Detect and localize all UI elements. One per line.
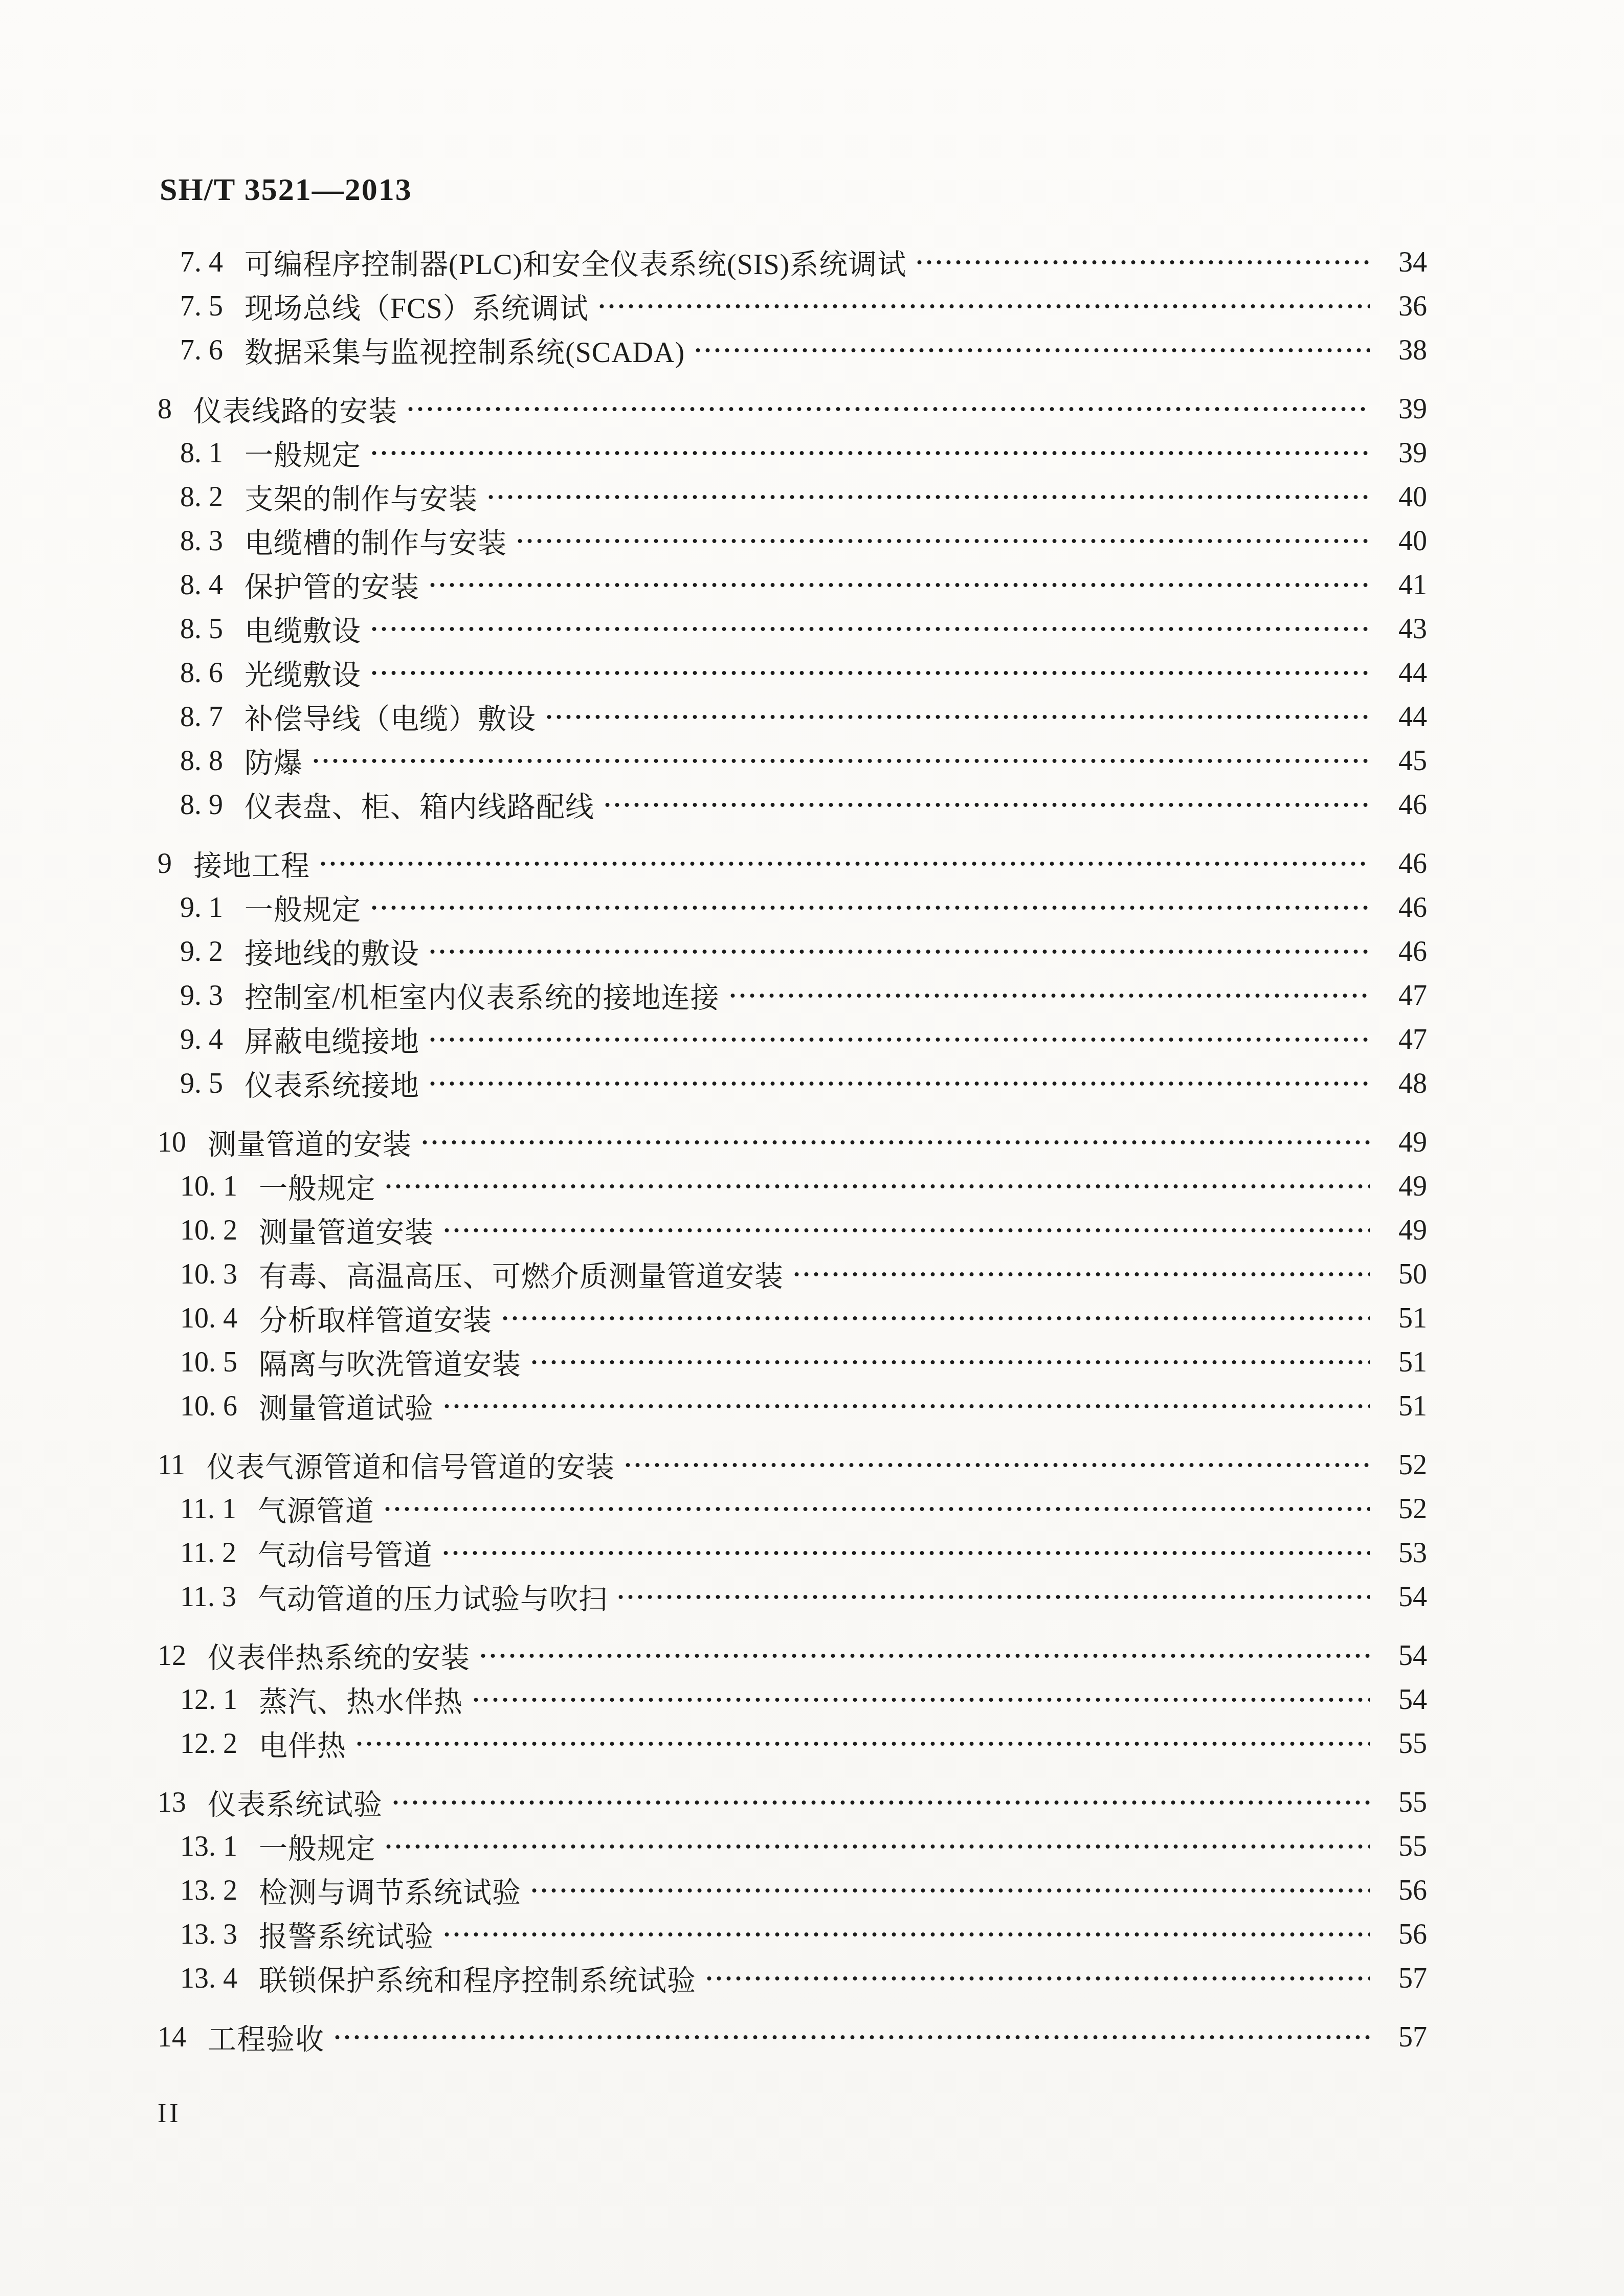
toc-entry-title: 蒸汽、热水伴热 (259, 1679, 463, 1720)
toc-entry-title: 测量管道安装 (259, 1210, 434, 1251)
toc-entry-number: 12 (158, 1639, 186, 1672)
dot-leader (616, 1575, 1370, 1619)
dot-leader (915, 240, 1370, 284)
dot-leader (529, 1340, 1370, 1384)
toc-entry: 9. 5 仪表系统接地 48 (0, 1062, 1427, 1106)
dot-leader (441, 1531, 1370, 1575)
toc-entry-number: 8. 2 (180, 481, 223, 513)
toc-entry-page-number: 48 (1372, 1067, 1427, 1100)
toc-entry-title: 工程验收 (208, 2017, 324, 2058)
toc-entry: 9. 1 一般规定 46 (0, 886, 1427, 930)
document-page: SH/T 3521—2013 7. 4 可编程序控制器(PLC)和安全仪表系统(… (0, 0, 1624, 2296)
dot-leader (391, 1781, 1370, 1825)
toc-entry-number: 8. 8 (180, 745, 223, 777)
toc-entry-number: 7. 6 (180, 334, 223, 367)
toc-entry-number: 13 (158, 1786, 186, 1819)
toc-entry-number: 13. 2 (180, 1874, 237, 1907)
toc-entry-number: 10. 5 (180, 1346, 237, 1379)
dot-leader (623, 1443, 1370, 1487)
toc-entry-title: 一般规定 (244, 887, 361, 928)
dot-leader (500, 1296, 1370, 1340)
toc-entry: 13. 3 报警系统试验 56 (0, 1912, 1427, 1956)
dot-leader (704, 1956, 1370, 2000)
toc-entry-page-number: 46 (1372, 847, 1427, 880)
toc-entry-page-number: 40 (1372, 481, 1427, 513)
toc-entry-title: 保护管的安装 (244, 565, 419, 605)
dot-leader (597, 284, 1370, 328)
toc-entry-number: 10. 1 (180, 1170, 237, 1203)
toc-entry-title: 电缆敷设 (244, 609, 361, 649)
toc-entry: 13. 1 一般规定 55 (0, 1825, 1427, 1869)
toc-entry-title: 电缆槽的制作与安装 (244, 521, 507, 561)
toc-entry-title: 防爆 (244, 740, 303, 781)
toc-entry: 11 仪表气源管道和信号管道的安装 52 (0, 1443, 1427, 1487)
dot-leader (369, 886, 1370, 930)
toc-entry-page-number: 49 (1372, 1126, 1427, 1159)
toc-entry-title: 现场总线（FCS）系统调试 (244, 286, 589, 327)
toc-entry-number: 10 (158, 1126, 186, 1159)
page-number-footer: II (158, 2099, 182, 2129)
toc-entry-number: 13. 3 (180, 1918, 237, 1951)
dot-leader (428, 1018, 1370, 1062)
toc-entry-number: 8 (158, 393, 172, 425)
toc-entry: 8. 2 支架的制作与安装 40 (0, 475, 1427, 519)
toc-entry-number: 13. 4 (180, 1962, 237, 1995)
toc-entry-title: 一般规定 (259, 1826, 375, 1867)
toc-entry-page-number: 49 (1372, 1214, 1427, 1247)
toc-entry: 10. 5 隔离与吹洗管道安装 51 (0, 1340, 1427, 1384)
toc-entry: 8. 3 电缆槽的制作与安装 40 (0, 519, 1427, 563)
dot-leader (332, 2015, 1370, 2059)
toc-entry-page-number: 52 (1372, 1449, 1427, 1481)
toc-entry-number: 7. 5 (180, 290, 223, 323)
dot-leader (369, 651, 1370, 695)
toc-entry-number: 9. 3 (180, 979, 223, 1012)
toc-entry-number: 9 (158, 847, 172, 880)
toc-entry-title: 有毒、高温高压、可燃介质测量管道安装 (259, 1254, 784, 1295)
toc-entry: 8 仪表线路的安装 39 (0, 387, 1427, 431)
toc-entry-page-number: 45 (1372, 745, 1427, 777)
toc-entry-page-number: 43 (1372, 613, 1427, 645)
toc-entry: 8. 8 防爆 45 (0, 739, 1427, 783)
toc-entry: 12. 1 蒸汽、热水伴热 54 (0, 1678, 1427, 1722)
toc-entry-page-number: 50 (1372, 1258, 1427, 1291)
toc-entry: 7. 4 可编程序控制器(PLC)和安全仪表系统(SIS)系统调试 34 (0, 240, 1427, 284)
toc-entry-page-number: 52 (1372, 1493, 1427, 1525)
toc-entry-number: 11. 1 (180, 1493, 236, 1525)
toc-entry-title: 隔离与吹洗管道安装 (259, 1342, 521, 1383)
dot-leader (384, 1825, 1370, 1869)
toc-entry-number: 10. 6 (180, 1390, 237, 1423)
toc-entry-page-number: 55 (1372, 1727, 1427, 1760)
toc-entry-title: 仪表线路的安装 (193, 389, 397, 430)
toc-entry-page-number: 51 (1372, 1346, 1427, 1379)
toc-entry: 10. 6 测量管道试验 51 (0, 1384, 1427, 1428)
dot-leader (603, 783, 1370, 827)
toc-entry-page-number: 46 (1372, 891, 1427, 924)
toc-entry-page-number: 46 (1372, 935, 1427, 968)
dot-leader (442, 1912, 1370, 1956)
dot-leader (369, 431, 1370, 475)
toc-entry-number: 9. 5 (180, 1067, 223, 1100)
toc-entry: 9. 3 控制室/机柜室内仪表系统的接地连接 47 (0, 974, 1427, 1018)
toc-entry-title: 气源管道 (258, 1489, 374, 1529)
dot-leader (486, 475, 1370, 519)
toc-entry-number: 14 (158, 2021, 186, 2054)
toc-entry-number: 9. 1 (180, 891, 223, 924)
toc-entry-number: 8. 5 (180, 613, 223, 645)
dot-leader (442, 1208, 1370, 1252)
toc-entry: 12 仪表伴热系统的安装 54 (0, 1634, 1427, 1678)
toc-entry-number: 8. 6 (180, 657, 223, 689)
toc-entry-page-number: 57 (1372, 2021, 1427, 2054)
toc-entry-number: 8. 7 (180, 701, 223, 733)
dot-leader (311, 739, 1370, 783)
toc-entry-title: 一般规定 (244, 433, 361, 474)
toc-entry-page-number: 34 (1372, 246, 1427, 279)
toc-entry-title: 仪表盘、柜、箱内线路配线 (244, 784, 594, 825)
toc-entry: 8. 4 保护管的安装 41 (0, 563, 1427, 607)
toc-entry-number: 9. 2 (180, 935, 223, 968)
toc-entry-title: 控制室/机柜室内仪表系统的接地连接 (244, 975, 720, 1016)
dot-leader (384, 1164, 1370, 1208)
toc-entry-title: 数据采集与监视控制系统(SCADA) (244, 330, 685, 371)
dot-leader (428, 563, 1370, 607)
toc-entry-number: 11. 3 (180, 1581, 236, 1613)
toc-entry-page-number: 55 (1372, 1786, 1427, 1819)
toc-entry-page-number: 55 (1372, 1830, 1427, 1863)
toc-entry-title: 补偿导线（电缆）敷设 (244, 696, 536, 737)
toc-entry-page-number: 54 (1372, 1683, 1427, 1716)
dot-leader (792, 1252, 1370, 1296)
toc-entry: 11. 1 气源管道 52 (0, 1487, 1427, 1531)
dot-leader (406, 387, 1370, 431)
toc-entry-title: 联锁保护系统和程序控制系统试验 (259, 1958, 696, 1999)
toc-entry-page-number: 49 (1372, 1170, 1427, 1203)
toc-entry-number: 9. 4 (180, 1023, 223, 1056)
toc-entry: 12. 2 电伴热 55 (0, 1722, 1427, 1766)
toc-entry: 9. 4 屏蔽电缆接地 47 (0, 1018, 1427, 1062)
toc-entry-number: 13. 1 (180, 1830, 237, 1863)
toc-entry-number: 12. 2 (180, 1727, 237, 1760)
dot-leader (428, 1062, 1370, 1106)
toc-entry-page-number: 40 (1372, 525, 1427, 557)
toc-entry-title: 支架的制作与安装 (244, 477, 478, 517)
toc-entry-title: 气动管道的压力试验与吹扫 (258, 1577, 608, 1617)
toc-entry: 10. 4 分析取样管道安装 51 (0, 1296, 1427, 1340)
toc-entry-page-number: 56 (1372, 1874, 1427, 1907)
toc-entry-page-number: 51 (1372, 1390, 1427, 1423)
toc-entry-title: 气动信号管道 (258, 1533, 433, 1573)
toc-entry-page-number: 46 (1372, 789, 1427, 821)
toc-entry: 8. 1 一般规定 39 (0, 431, 1427, 475)
toc-entry-number: 11. 2 (180, 1537, 236, 1569)
toc-entry-number: 7. 4 (180, 246, 223, 279)
toc-entry-number: 8. 1 (180, 437, 223, 469)
dot-leader (515, 519, 1370, 563)
dot-leader (354, 1722, 1370, 1766)
toc-entry-title: 一般规定 (259, 1166, 375, 1207)
toc-entry-title: 分析取样管道安装 (259, 1298, 492, 1339)
dot-leader (442, 1384, 1370, 1428)
toc-entry-page-number: 44 (1372, 657, 1427, 689)
toc-entry: 13 仪表系统试验 55 (0, 1781, 1427, 1825)
toc-entry-title: 接地工程 (193, 843, 310, 884)
toc-entry-title: 可编程序控制器(PLC)和安全仪表系统(SIS)系统调试 (244, 242, 906, 283)
toc-entry: 10. 3 有毒、高温高压、可燃介质测量管道安装 50 (0, 1252, 1427, 1296)
toc-entry: 7. 5 现场总线（FCS）系统调试 36 (0, 284, 1427, 328)
dot-leader (471, 1678, 1370, 1722)
toc-entry-page-number: 56 (1372, 1918, 1427, 1951)
toc-entry: 8. 6 光缆敷设 44 (0, 651, 1427, 695)
toc-entry: 11. 2 气动信号管道 53 (0, 1531, 1427, 1575)
dot-leader (369, 607, 1370, 651)
toc-entry: 10 测量管道的安装 49 (0, 1120, 1427, 1164)
dot-leader (428, 930, 1370, 974)
dot-leader (383, 1487, 1370, 1531)
toc-entry-page-number: 38 (1372, 334, 1427, 367)
dot-leader (693, 328, 1370, 372)
toc-entry-page-number: 47 (1372, 979, 1427, 1012)
toc-entry-page-number: 39 (1372, 393, 1427, 425)
toc-entry: 14 工程验收 57 (0, 2015, 1427, 2059)
table-of-contents: 7. 4 可编程序控制器(PLC)和安全仪表系统(SIS)系统调试 34 7. … (0, 240, 1427, 2059)
toc-entry-title: 检测与调节系统试验 (259, 1870, 521, 1911)
toc-entry-page-number: 54 (1372, 1639, 1427, 1672)
dot-leader (478, 1634, 1370, 1678)
toc-entry: 8. 7 补偿导线（电缆）敷设 44 (0, 695, 1427, 739)
toc-entry-number: 8. 9 (180, 789, 223, 821)
toc-entry: 13. 2 检测与调节系统试验 56 (0, 1869, 1427, 1912)
toc-entry: 9 接地工程 46 (0, 842, 1427, 886)
toc-entry-title: 仪表气源管道和信号管道的安装 (207, 1445, 615, 1485)
toc-entry-page-number: 41 (1372, 569, 1427, 601)
toc-entry-title: 仪表系统试验 (208, 1782, 383, 1823)
toc-entry-number: 8. 4 (180, 569, 223, 601)
toc-entry-title: 接地线的敷设 (244, 931, 419, 972)
toc-entry-page-number: 47 (1372, 1023, 1427, 1056)
toc-entry: 8. 5 电缆敷设 43 (0, 607, 1427, 651)
toc-entry-number: 10. 3 (180, 1258, 237, 1291)
toc-entry-title: 仪表伴热系统的安装 (208, 1635, 470, 1676)
dot-leader (318, 842, 1370, 886)
toc-entry-number: 10. 4 (180, 1302, 237, 1335)
toc-entry: 10. 1 一般规定 49 (0, 1164, 1427, 1208)
toc-entry: 11. 3 气动管道的压力试验与吹扫 54 (0, 1575, 1427, 1619)
toc-entry-number: 10. 2 (180, 1214, 237, 1247)
toc-entry-page-number: 51 (1372, 1302, 1427, 1335)
toc-entry: 9. 2 接地线的敷设 46 (0, 930, 1427, 974)
toc-entry-title: 光缆敷设 (244, 652, 361, 693)
toc-entry-title: 测量管道的安装 (208, 1122, 412, 1163)
dot-leader (529, 1869, 1370, 1912)
dot-leader (728, 974, 1370, 1018)
toc-entry-number: 12. 1 (180, 1683, 237, 1716)
toc-entry-number: 11 (158, 1449, 185, 1481)
toc-entry: 8. 9 仪表盘、柜、箱内线路配线 46 (0, 783, 1427, 827)
dot-leader (544, 695, 1370, 739)
toc-entry: 13. 4 联锁保护系统和程序控制系统试验 57 (0, 1956, 1427, 2000)
toc-entry: 10. 2 测量管道安装 49 (0, 1208, 1427, 1252)
toc-entry-title: 电伴热 (259, 1723, 346, 1764)
toc-entry-page-number: 53 (1372, 1537, 1427, 1569)
toc-entry-page-number: 54 (1372, 1581, 1427, 1613)
toc-entry-title: 仪表系统接地 (244, 1063, 419, 1104)
dot-leader (420, 1120, 1370, 1164)
toc-entry-page-number: 36 (1372, 290, 1427, 323)
toc-entry-number: 8. 3 (180, 525, 223, 557)
toc-entry-page-number: 39 (1372, 437, 1427, 469)
toc-entry-page-number: 44 (1372, 701, 1427, 733)
standard-number-header: SH/T 3521—2013 (160, 172, 412, 208)
toc-entry-title: 屏蔽电缆接地 (244, 1019, 419, 1060)
toc-entry-page-number: 57 (1372, 1962, 1427, 1995)
toc-entry-title: 报警系统试验 (259, 1914, 434, 1955)
toc-entry-title: 测量管道试验 (259, 1386, 434, 1427)
toc-entry: 7. 6 数据采集与监视控制系统(SCADA) 38 (0, 328, 1427, 372)
